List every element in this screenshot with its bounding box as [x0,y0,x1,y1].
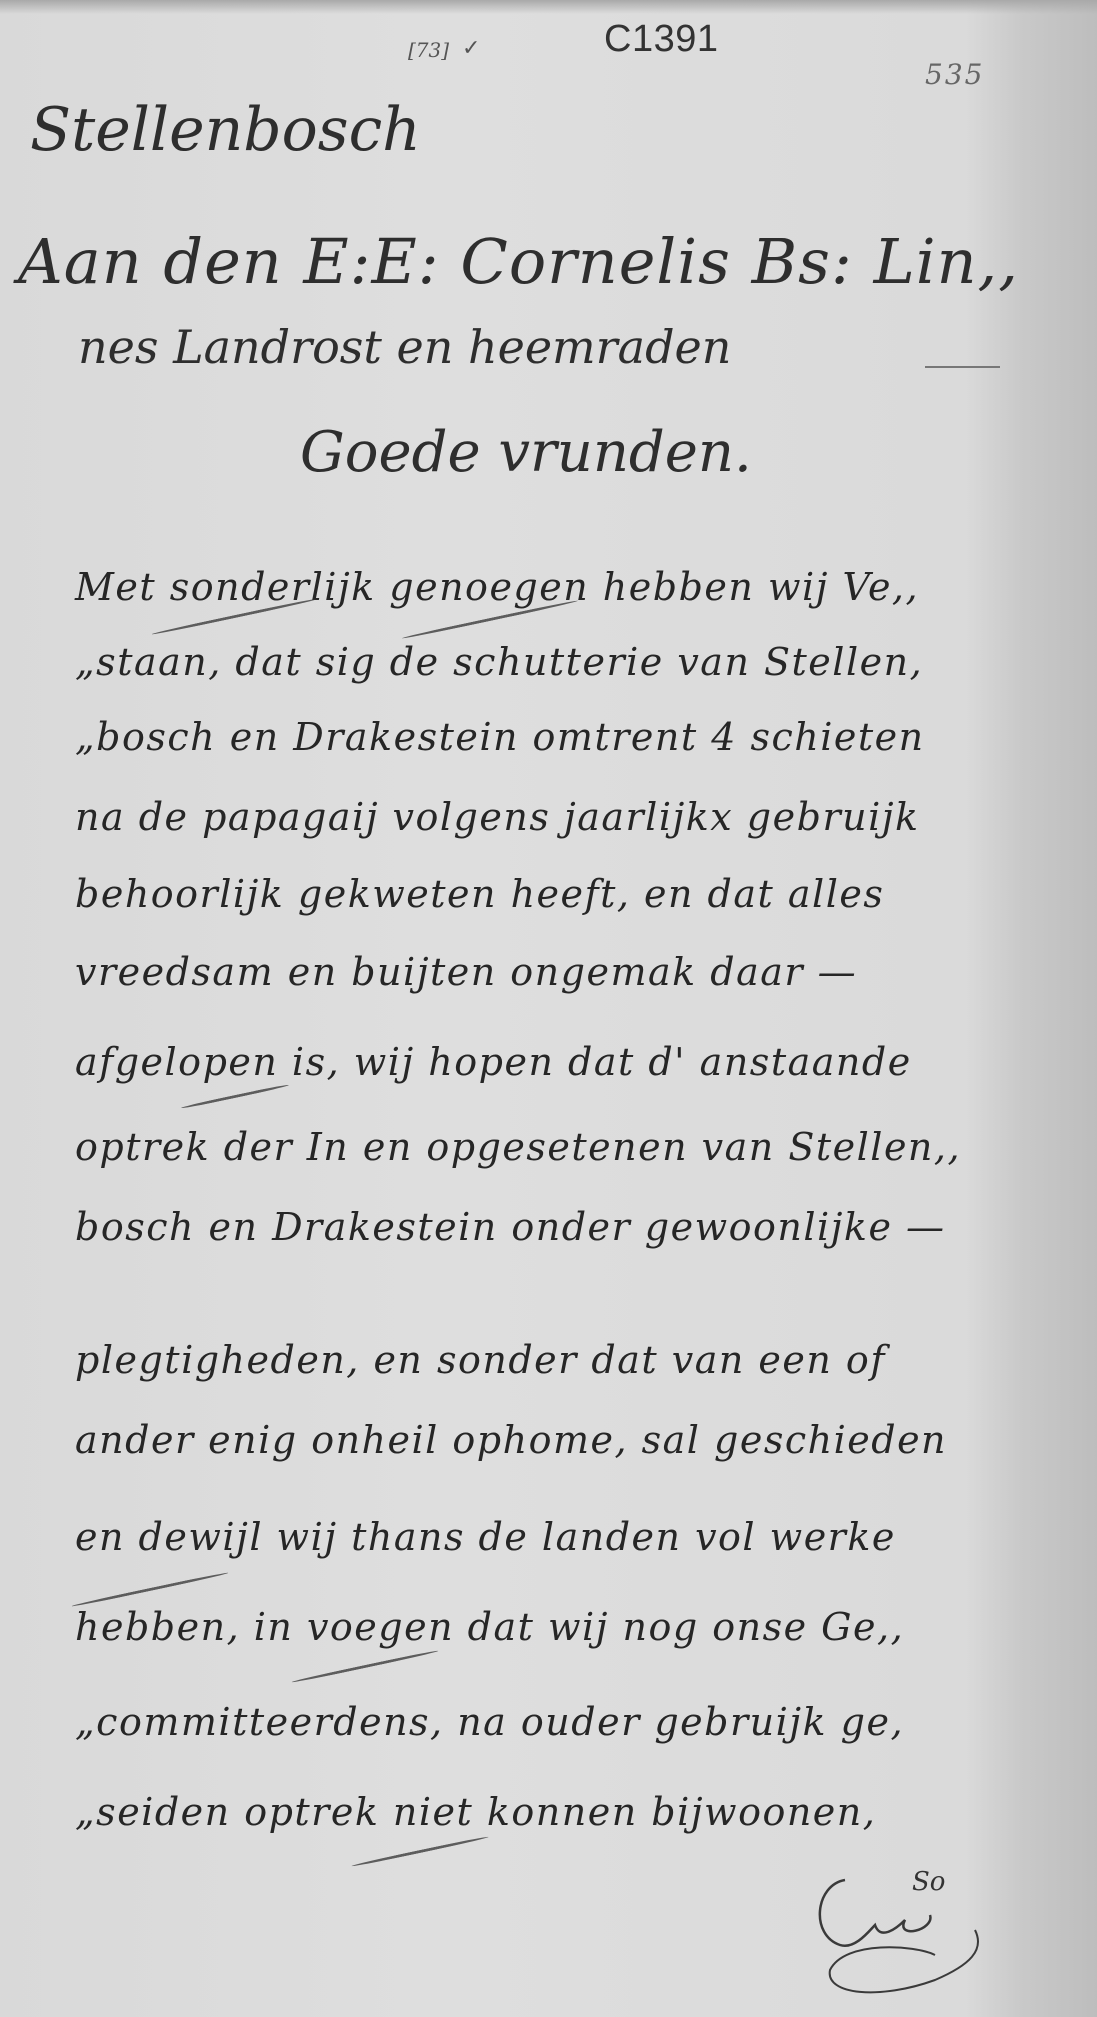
body-line: „committeerdens, na ouder gebruijk ge, [75,1700,904,1744]
body-line: „bosch en Drakestein omtrent 4 schieten [75,715,925,759]
body-line: vreedsam en buijten ongemak daar — [75,950,857,994]
archive-reference: C1391 [604,18,718,61]
underline-flourish [181,1084,289,1110]
underline-flourish [71,1571,228,1607]
divider-dash [925,366,1000,368]
folio-number: 535 [925,58,984,91]
body-line: optrek der In en opgesetenen van Stellen… [75,1125,961,1169]
body-line: en dewijl wij thans de landen vol werke [75,1515,896,1559]
underline-flourish [351,1835,489,1867]
body-line: Met sonderlijk genoegen hebben wij Ve,, [75,565,919,609]
place-heading: Stellenbosch [30,95,421,165]
body-line: „staan, dat sig de schutterie van Stelle… [75,640,923,684]
body-line: bosch en Drakestein onder gewoonlijke — [75,1205,946,1249]
body-line: „seiden optrek niet konnen bijwoonen, [75,1790,876,1834]
body-line: na de papagaij volgens jaarlijkx gebruij… [75,795,920,839]
signature-flourish-icon [785,1860,1015,2010]
address-line-1: Aan den E:E: Cornelis Bs: Lin,, [18,225,1019,298]
body-line: hebben, in voegen dat wij nog onse Ge,, [75,1605,904,1649]
bracket-number: [73] [408,38,449,62]
address-line-2: nes Landrost en heemraden [78,320,731,374]
body-line: plegtigheden, en sonder dat van een of [75,1338,886,1382]
check-mark-icon: ✓ [462,36,480,61]
body-line: ander enig onheil ophome, sal geschieden [75,1418,947,1462]
body-line: afgelopen is, wij hopen dat d' anstaande [75,1040,912,1084]
salutation: Goede vrunden. [300,420,752,485]
underline-flourish [291,1649,438,1683]
signature-mark: So [912,1867,945,1897]
scanned-letter-page: C1391 [73] ✓ 535 Stellenbosch Aan den E:… [0,0,1097,2017]
body-line: behoorlijk gekweten heeft, en dat alles [75,872,884,916]
